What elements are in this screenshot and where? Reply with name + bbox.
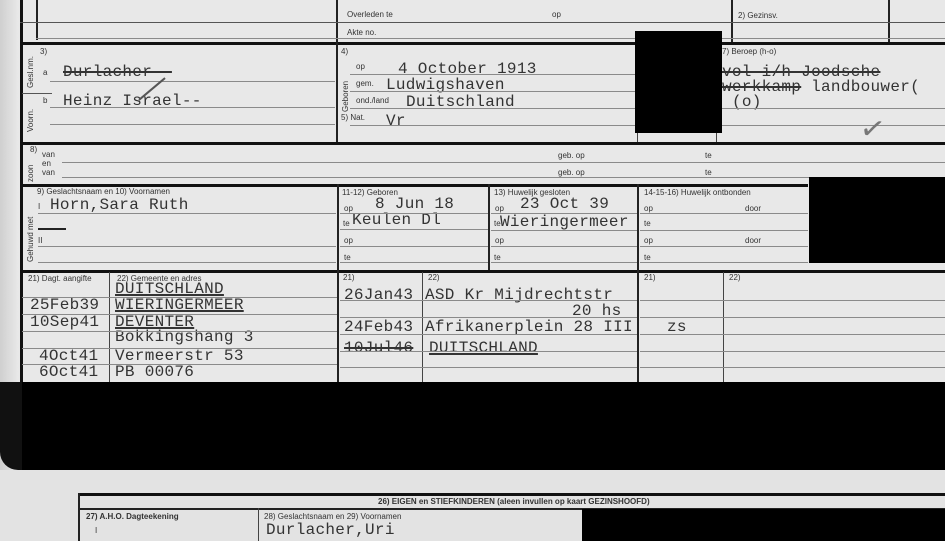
name-line xyxy=(50,81,335,82)
te-label-2: te xyxy=(705,168,712,177)
zoon-num-label: 8) xyxy=(30,145,37,154)
addr-line xyxy=(640,351,945,352)
dissolved-op-label-2: op xyxy=(644,236,653,245)
dissolved-line xyxy=(640,262,808,263)
card-left-border xyxy=(78,493,80,541)
addr-line xyxy=(340,367,637,368)
dissolved-line xyxy=(640,230,808,231)
birth-line xyxy=(350,108,635,109)
overleden-op-label: op xyxy=(552,10,561,19)
spouse-line xyxy=(38,262,336,263)
voorn-vertical-label: Voorn. xyxy=(26,109,35,132)
spouse-line xyxy=(38,213,336,214)
column-divider xyxy=(637,184,639,270)
section-divider xyxy=(20,270,945,273)
card-corner xyxy=(0,382,22,470)
redacted-block xyxy=(582,509,945,541)
addr-line xyxy=(340,334,637,335)
addr-line xyxy=(22,348,337,349)
married-line xyxy=(491,213,637,214)
roman-1: I xyxy=(38,202,40,211)
section-divider xyxy=(78,493,945,496)
gezinsv-label: 2) Gezinsv. xyxy=(738,11,778,20)
married-op-label-2: op xyxy=(495,236,504,245)
born-line xyxy=(340,262,488,263)
spouse-col-label: 9) Geslachtsnaam en 10) Voornamen xyxy=(37,187,170,196)
header-divider xyxy=(336,0,338,42)
dissolved-door-label-2: door xyxy=(745,236,761,245)
born-line xyxy=(340,246,488,247)
dissolved-line xyxy=(640,246,808,247)
dissolved-label: 14-15-16) Huwelijk ontbonden xyxy=(644,188,751,197)
addr2-col-label: 22) xyxy=(428,273,440,282)
birth-num-label: 4) xyxy=(341,47,348,56)
birth-line xyxy=(350,125,635,126)
name-line xyxy=(50,107,335,108)
occupation-line xyxy=(722,125,945,126)
addr-2: WIERINGERMEER xyxy=(115,296,244,314)
spouse-line-mark xyxy=(38,228,66,230)
addr-line xyxy=(640,317,945,318)
surname-value: Durlacher-- xyxy=(63,63,172,81)
addr3-col-label: 22) xyxy=(729,273,741,282)
dissolved-line xyxy=(640,213,808,214)
redacted-block xyxy=(809,177,945,263)
overleden-label: Overleden te xyxy=(347,10,393,19)
nat-label: 5) Nat. xyxy=(341,113,365,122)
birth-land-label: ond./land xyxy=(356,96,389,105)
spouse-name-value: Horn,Sara Ruth xyxy=(50,196,189,214)
children-title: 26) EIGEN en STIEFKINDEREN (aleen invull… xyxy=(378,497,650,506)
name-line xyxy=(50,124,335,125)
header-line xyxy=(20,22,945,23)
occupation-line xyxy=(722,108,945,109)
child-name-value: Durlacher,Uri xyxy=(266,521,395,539)
addr-line xyxy=(340,351,637,352)
addr-line xyxy=(22,314,337,315)
nationality-value: Vr xyxy=(386,112,406,130)
column-divider xyxy=(336,42,338,142)
header-line xyxy=(36,38,945,39)
married-line xyxy=(491,246,637,247)
addr-date-col-label: 21) Dagt. aangifte xyxy=(28,274,92,283)
gehuwd-vertical-label: Gehuwd met xyxy=(26,217,35,262)
birth-gem-label: gem. xyxy=(356,79,374,88)
dissolved-te-label: te xyxy=(644,219,651,228)
van2-label: van xyxy=(42,168,55,177)
header-divider xyxy=(731,0,733,42)
column-divider xyxy=(337,270,339,382)
married-op-label: op xyxy=(495,204,504,213)
column-divider xyxy=(258,508,259,541)
geslnm-vertical-label: Gesl.nm. xyxy=(26,56,35,88)
addr-date-5: 6Oct41 xyxy=(39,363,98,381)
addr2-date-1: 26Jan43 xyxy=(344,286,413,304)
addr-line xyxy=(340,300,637,301)
birth-op-label: op xyxy=(356,62,365,71)
married-line xyxy=(491,230,637,231)
addr2-date-label: 21) xyxy=(343,273,355,282)
born-line xyxy=(340,229,488,230)
married-te-label-2: te xyxy=(494,253,501,262)
dissolved-te-label-2: te xyxy=(644,253,651,262)
te-label-1: te xyxy=(705,151,712,160)
name-num-label: 3) xyxy=(40,47,47,56)
column-divider xyxy=(637,270,639,382)
name-split-line xyxy=(22,93,52,94)
born-line xyxy=(340,213,488,214)
header-divider xyxy=(888,0,890,42)
addr-line xyxy=(340,317,637,318)
geboren-vertical-label: Geboren xyxy=(341,81,350,112)
column-divider xyxy=(109,272,110,382)
column-divider xyxy=(716,133,717,142)
child-name-label: 28) Geslachtsnaam en 29) Voornamen xyxy=(264,512,401,521)
column-divider xyxy=(723,272,724,382)
occupation-line2-rest: landbouwer( xyxy=(801,78,920,96)
married-date-value: 23 Oct 39 xyxy=(520,195,609,213)
married-line xyxy=(491,262,637,263)
spouse-line xyxy=(38,246,336,247)
en-label: en xyxy=(42,159,51,168)
beroep-label: 7) Beroep (h-o) xyxy=(722,47,776,56)
children-roman-1: I xyxy=(95,526,97,535)
addr3-date-label: 21) xyxy=(644,273,656,282)
zoon-vertical-label: zoon xyxy=(26,165,35,182)
column-divider xyxy=(337,184,339,270)
birth-line xyxy=(350,91,635,92)
married-place-value: Wieringermeer xyxy=(500,213,629,231)
akte-label: Akte no. xyxy=(347,28,376,37)
addr2-date-4: 10Jul46 xyxy=(344,339,413,357)
van-label: van xyxy=(42,150,55,159)
born-op-label-2: op xyxy=(344,236,353,245)
addr-date-1: 25Feb39 xyxy=(30,296,99,314)
addr-line xyxy=(640,334,945,335)
geb-op-label-2: geb. op xyxy=(558,168,585,177)
geb-op-label-1: geb. op xyxy=(558,151,585,160)
redacted-block xyxy=(20,382,945,470)
dissolved-op-label: op xyxy=(644,204,653,213)
addr-line xyxy=(640,367,945,368)
registry-card: Overleden te op Akte no. 2) Gezinsv. 3) … xyxy=(0,0,945,541)
section-divider xyxy=(20,42,945,45)
header-divider xyxy=(36,0,38,40)
born-te-label: te xyxy=(343,219,350,228)
aho-label: 27) A.H.O. Dagteekening xyxy=(86,512,179,521)
birth-line xyxy=(350,74,635,75)
addr-6: PB 00076 xyxy=(115,363,194,381)
addr-line xyxy=(22,297,337,298)
section-divider xyxy=(20,142,945,145)
column-divider xyxy=(637,133,638,142)
addr-line xyxy=(22,364,337,365)
dissolved-door-label: door xyxy=(745,204,761,213)
b-label: b xyxy=(43,96,47,105)
addr-date-2: 10Sep41 xyxy=(30,313,99,331)
addr2-4: DUITSCHLAND xyxy=(429,339,538,357)
addr-line xyxy=(22,331,337,332)
born-te-label-2: te xyxy=(344,253,351,262)
roman-2: II xyxy=(38,236,42,245)
redacted-block xyxy=(635,31,722,133)
a-label: a xyxy=(43,68,47,77)
addr-line xyxy=(640,300,945,301)
column-divider xyxy=(488,184,490,270)
column-divider xyxy=(422,272,423,382)
zoon-line xyxy=(62,162,945,163)
